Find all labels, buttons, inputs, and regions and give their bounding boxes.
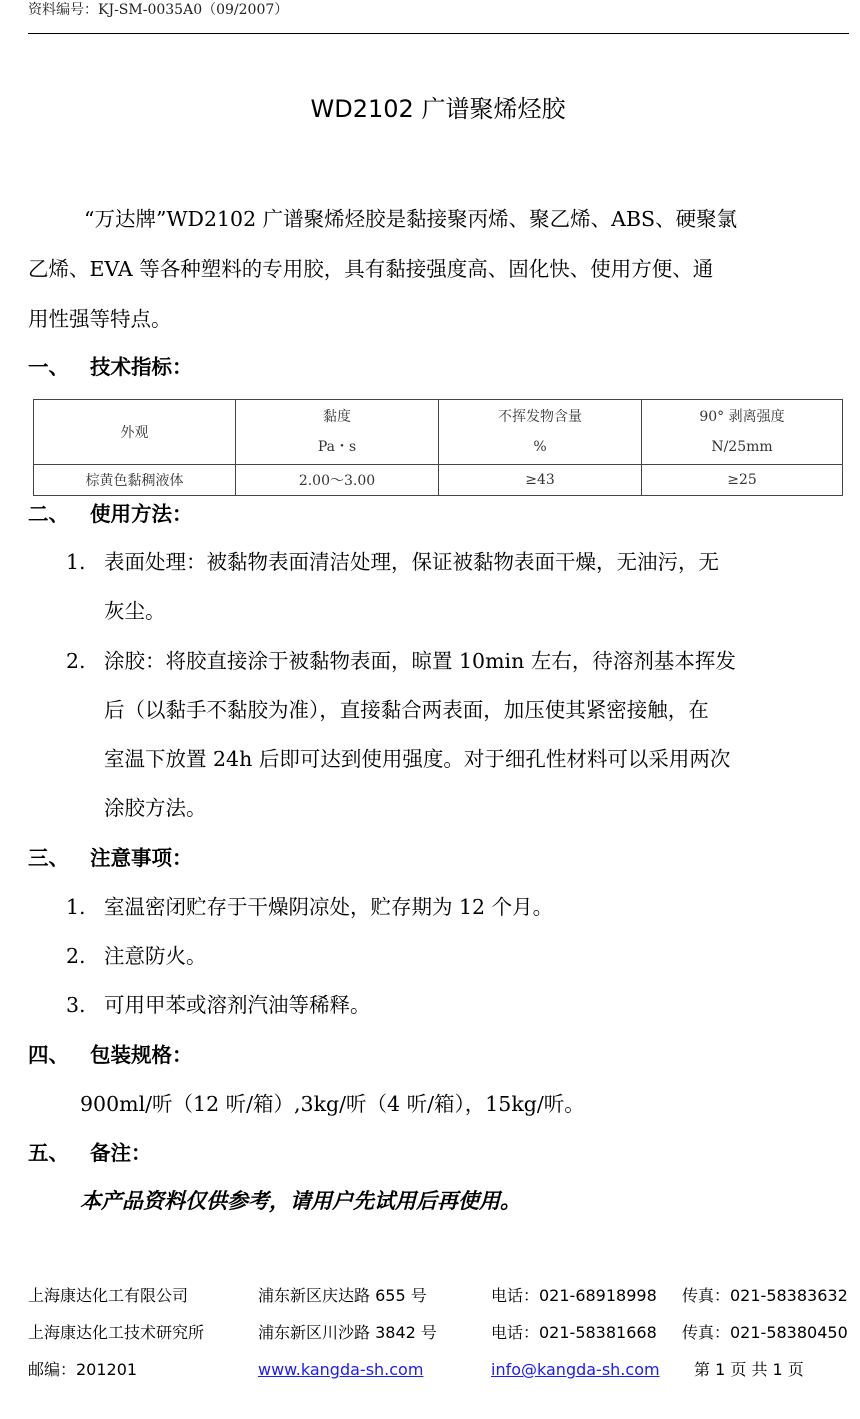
spec-value-peel-strength: ≥25	[642, 465, 843, 496]
note-item-2: 2.注意防火。	[66, 931, 207, 981]
spec-table: 外观 黏度 Pa・s 不挥发物含量 % 90° 剥离强度 N/25mm 棕黄色黏…	[33, 399, 843, 496]
spec-table-header-row: 外观 黏度 Pa・s 不挥发物含量 % 90° 剥离强度 N/25mm	[34, 400, 843, 465]
intro-line-3: 用性强等特点。	[28, 294, 172, 344]
section-number: 一、	[28, 352, 90, 382]
spec-value-viscosity: 2.00～3.00	[236, 465, 439, 496]
section-title: 备注：	[90, 1141, 152, 1165]
item-number: 3.	[66, 980, 104, 1030]
footer-company-fax: 传真：021-58383632	[682, 1286, 848, 1306]
remarks-text: 本产品资料仅供参考，请用户先试用后再使用。	[80, 1176, 521, 1226]
footer-company-phone: 电话：021-68918998	[491, 1286, 657, 1306]
note-item-1: 1.室温密闭贮存于干燥阴凉处，贮存期为 12 个月。	[66, 882, 553, 932]
footer-institute-phone: 电话：021-58381668	[491, 1323, 657, 1343]
section-title: 注意事项：	[90, 846, 193, 870]
intro-line-1: “万达牌”WD2102 广谱聚烯烃胶是黏接聚丙烯、聚乙烯、ABS、硬聚氯	[84, 194, 737, 244]
footer-postcode: 邮编：201201	[28, 1360, 137, 1380]
note-item-3: 3.可用甲苯或溶剂汽油等稀释。	[66, 980, 371, 1030]
intro-line-2: 乙烯、EVA 等各种塑料的专用胶，具有黏接强度高、固化快、使用方便、通	[28, 244, 713, 294]
section-number: 二、	[28, 499, 90, 529]
email-link[interactable]: info@kangda-sh.com	[491, 1360, 660, 1380]
usage-item-2-line-2: 后（以黏手不黏胶为准），直接黏合两表面，加压使其紧密接触，在	[104, 685, 709, 735]
section-heading-remarks: 五、备注：	[28, 1138, 152, 1168]
usage-item-1-line-2: 灰尘。	[104, 586, 166, 636]
spec-value-appearance: 棕黄色黏稠液体	[34, 465, 236, 496]
footer-company-name: 上海康达化工有限公司	[28, 1286, 188, 1306]
footer-institute-fax: 传真：021-58380450	[682, 1323, 848, 1343]
section-title: 使用方法：	[90, 502, 193, 526]
header-divider	[28, 33, 849, 34]
item-number: 1.	[66, 537, 104, 587]
spec-header-peel-strength: 90° 剥离强度 N/25mm	[642, 400, 843, 465]
usage-item-2-line-1: 2.涂胶：将胶直接涂于被黏物表面，晾置 10min 左右，待溶剂基本挥发	[66, 636, 736, 686]
section-heading-specs: 一、技术指标：	[28, 352, 193, 382]
section-title: 技术指标：	[90, 355, 193, 379]
document-id: 资料编号：KJ-SM-0035A0（09/2007）	[28, 0, 288, 20]
website-link[interactable]: www.kangda-sh.com	[258, 1360, 423, 1380]
section-number: 四、	[28, 1040, 90, 1070]
section-heading-notes: 三、注意事项：	[28, 843, 193, 873]
item-number: 2.	[66, 636, 104, 686]
footer-institute-address: 浦东新区川沙路 3842 号	[258, 1323, 437, 1343]
usage-item-2-line-3: 室温下放置 24h 后即可达到使用强度。对于细孔性材料可以采用两次	[104, 734, 730, 784]
section-heading-usage: 二、使用方法：	[28, 499, 193, 529]
spec-header-viscosity: 黏度 Pa・s	[236, 400, 439, 465]
spec-header-solids: 不挥发物含量 %	[439, 400, 642, 465]
section-number: 五、	[28, 1138, 90, 1168]
section-heading-packaging: 四、包装规格：	[28, 1040, 193, 1070]
spec-table-value-row: 棕黄色黏稠液体 2.00～3.00 ≥43 ≥25	[34, 465, 843, 496]
usage-item-2-line-4: 涂胶方法。	[104, 783, 207, 833]
packaging-text: 900ml/听（12 听/箱）,3kg/听（4 听/箱），15kg/听。	[80, 1079, 585, 1129]
usage-item-1-line-1: 1.表面处理：被黏物表面清洁处理，保证被黏物表面干燥，无油污，无	[66, 537, 719, 587]
page-indicator: 第 1 页 共 1 页	[694, 1360, 804, 1380]
page-title: WD2102 广谱聚烯烃胶	[0, 93, 860, 125]
section-title: 包装规格：	[90, 1043, 193, 1067]
item-number: 2.	[66, 931, 104, 981]
footer-company-address: 浦东新区庆达路 655 号	[258, 1286, 427, 1306]
footer-institute-name: 上海康达化工技术研究所	[28, 1323, 204, 1343]
item-number: 1.	[66, 882, 104, 932]
section-number: 三、	[28, 843, 90, 873]
spec-value-solids: ≥43	[439, 465, 642, 496]
spec-header-appearance: 外观	[34, 400, 236, 465]
